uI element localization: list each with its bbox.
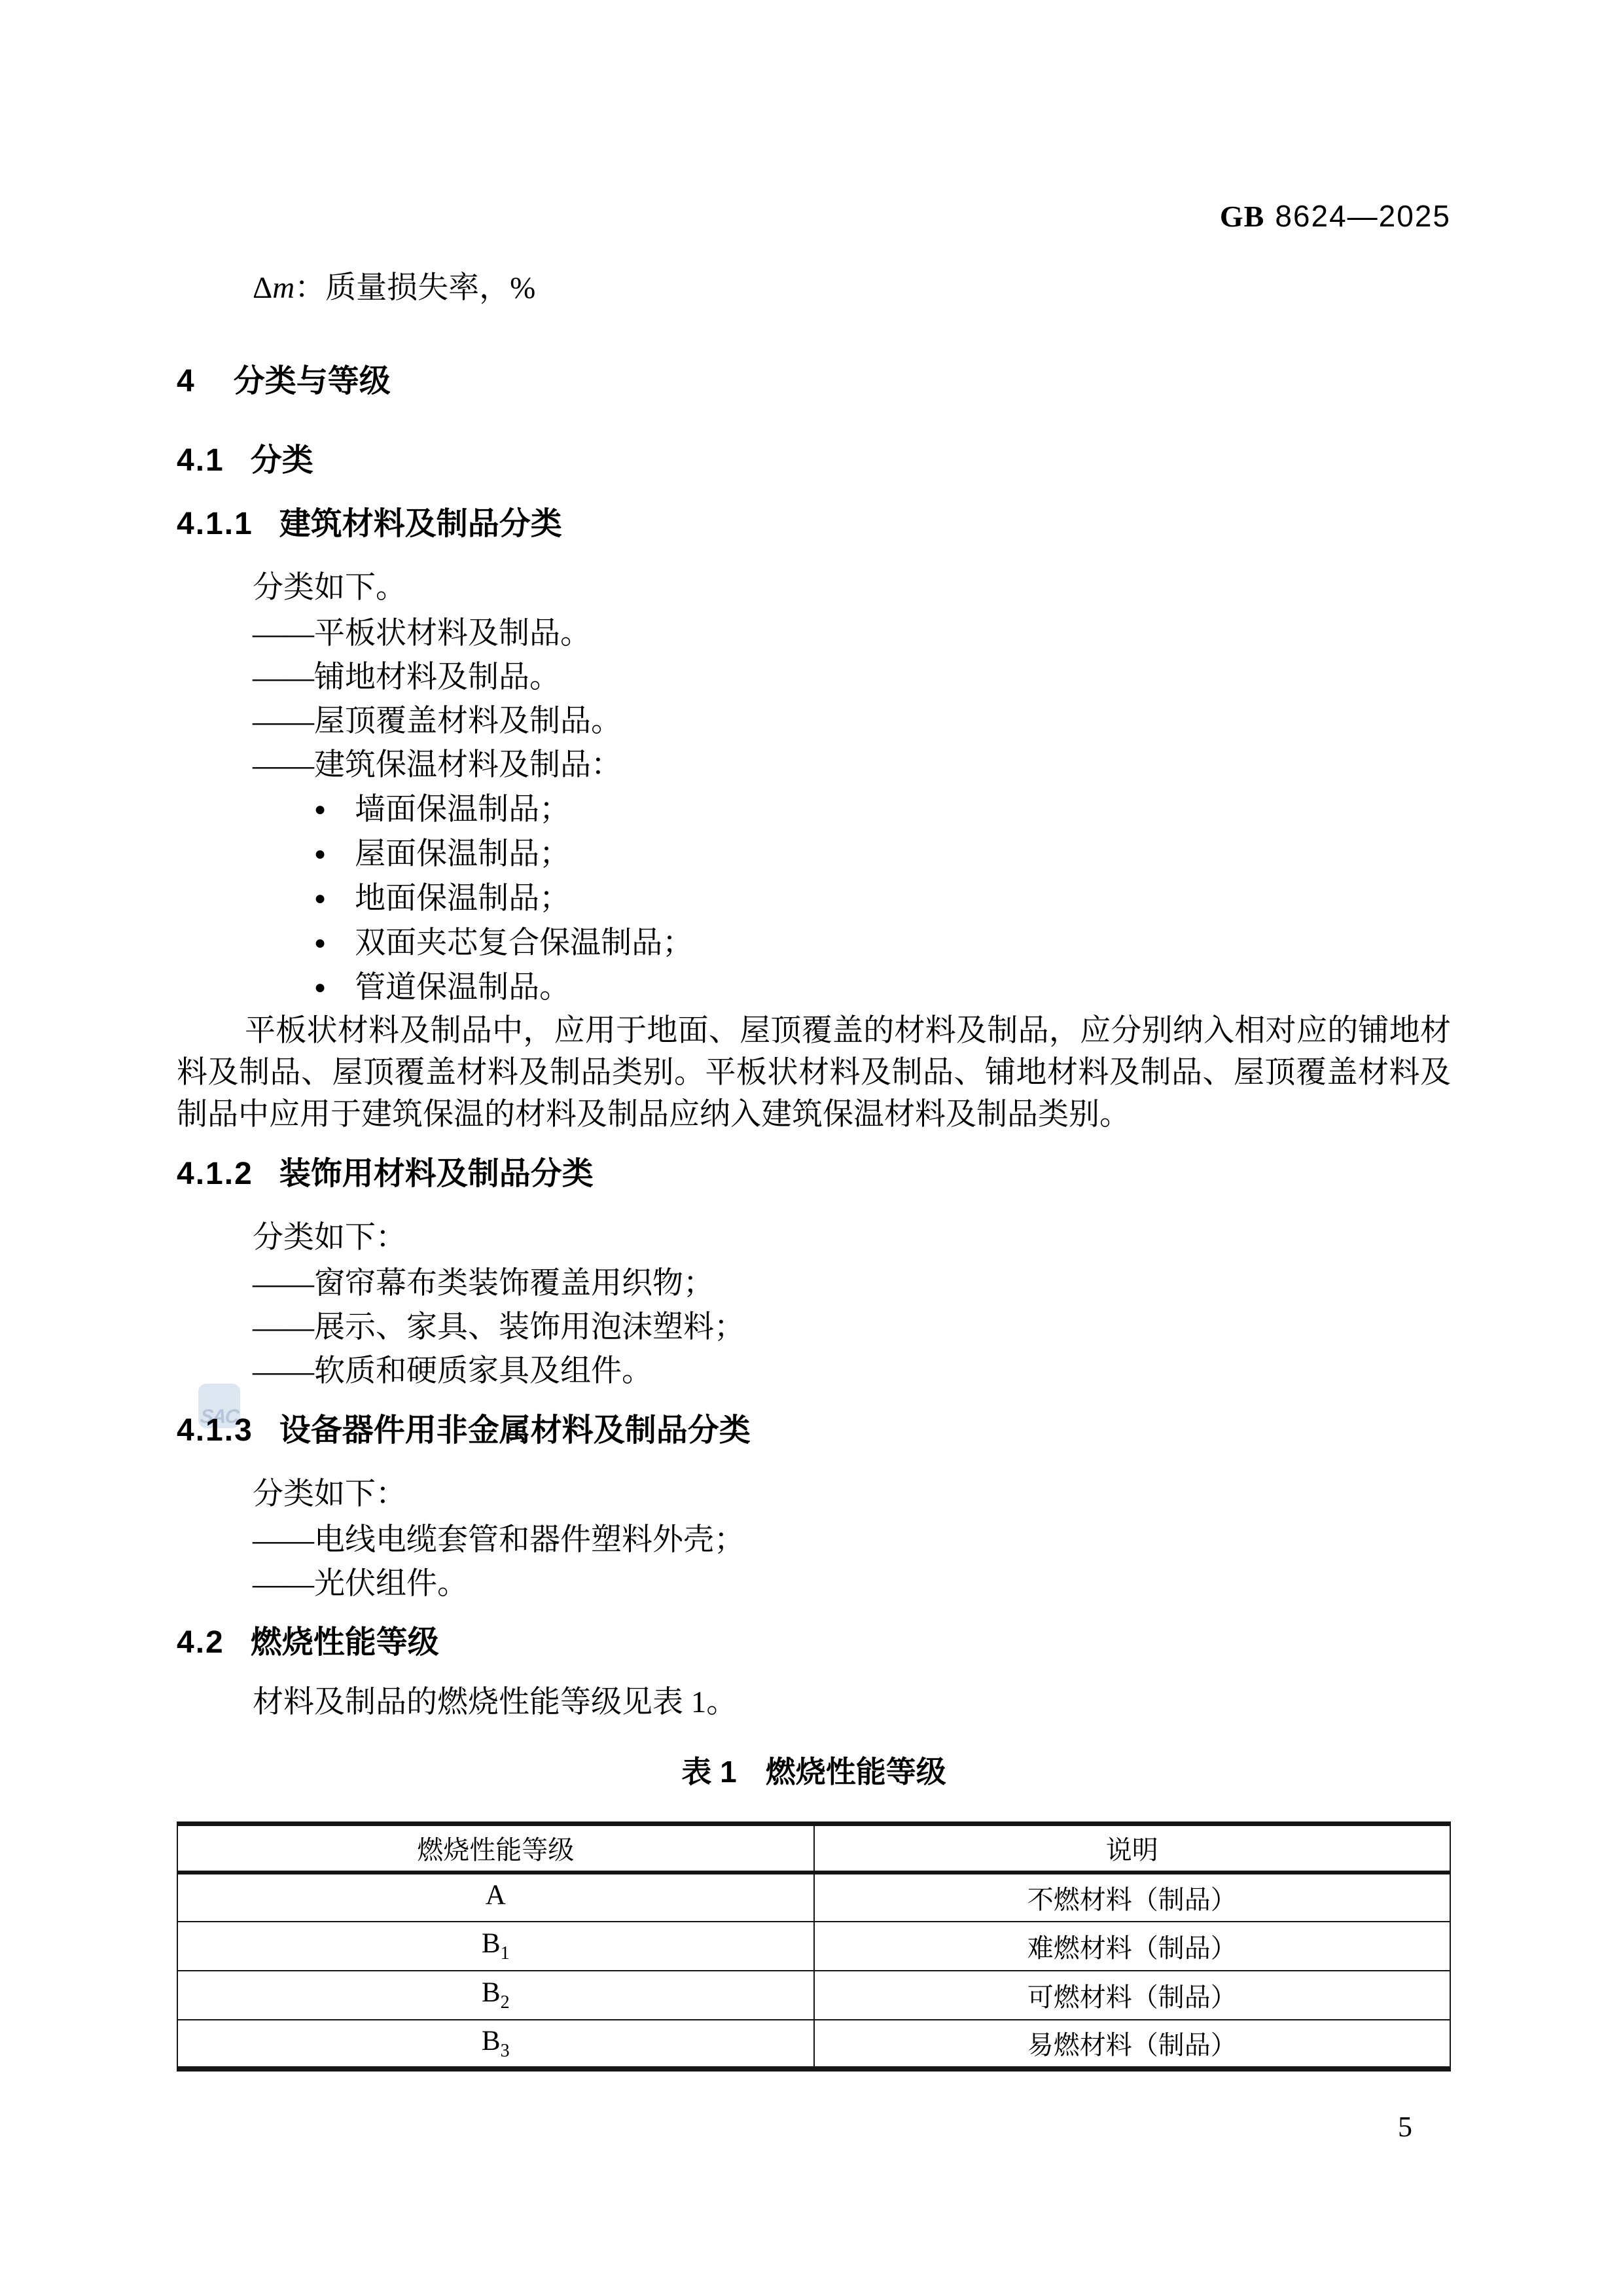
table-row: B3 易燃材料（制品） <box>177 2020 1450 2069</box>
desc-cell: 难燃材料（制品） <box>814 1922 1451 1971</box>
dash-item: ——铺地材料及制品。 <box>177 656 1451 700</box>
bullet-icon: ● <box>314 876 326 920</box>
section-title: 燃烧性能等级 <box>251 1625 439 1660</box>
bullet-item-text: 屋面保温制品； <box>355 837 570 871</box>
grade-subscript: 1 <box>501 1943 510 1964</box>
intro-line-4-1-3: 分类如下： <box>177 1478 1451 1511</box>
bullet-item: ●管道保温制品。 <box>177 965 1451 1010</box>
dash-list-4-1-3: ——电线电缆套管和器件塑料外壳； ——光伏组件。 <box>177 1518 1451 1606</box>
desc-cell: 易燃材料（制品） <box>814 2020 1451 2069</box>
mass-variable: m <box>272 271 294 305</box>
dash-item: ——平板状材料及制品。 <box>177 612 1451 656</box>
section-title: 装饰用材料及制品分类 <box>279 1157 594 1191</box>
dash-item: ——屋顶覆盖材料及制品。 <box>177 700 1451 744</box>
dash-list-4-1-2: ——窗帘幕布类装饰覆盖用织物； ——展示、家具、装饰用泡沫塑料； ——软质和硬质… <box>177 1262 1451 1393</box>
intro-line-4-1-2: 分类如下： <box>177 1221 1451 1254</box>
intro-line-4-1-1: 分类如下。 <box>177 571 1451 604</box>
section-heading-4-1-1: 4.1.1建筑材料及制品分类 <box>177 507 1451 541</box>
section-number: 4.2 <box>177 1625 224 1660</box>
table-header-row: 燃烧性能等级 说明 <box>177 1824 1450 1873</box>
section-heading-4-1-2: 4.1.2装饰用材料及制品分类 <box>177 1157 1451 1191</box>
grade-symbol: B <box>482 2026 501 2056</box>
table-header-grade: 燃烧性能等级 <box>177 1824 814 1873</box>
bullet-item-text: 双面夹芯复合保温制品； <box>355 926 693 960</box>
page-content: Δm：质量损失率，% 4分类与等级 4.1分类 4.1.1建筑材料及制品分类 分… <box>177 0 1451 2072</box>
grade-symbol: A <box>486 1880 506 1910</box>
section-number: 4 <box>177 364 196 399</box>
table-reference-line: 材料及制品的燃烧性能等级见表 1。 <box>177 1686 1451 1719</box>
bullet-item-text: 地面保温制品； <box>355 882 570 916</box>
section-heading-4-2: 4.2燃烧性能等级 <box>177 1626 1451 1660</box>
bullet-icon: ● <box>314 921 326 965</box>
dash-list-4-1-1: ——平板状材料及制品。 ——铺地材料及制品。 ——屋顶覆盖材料及制品。 ——建筑… <box>177 612 1451 787</box>
table-header-desc: 说明 <box>814 1824 1451 1873</box>
section-heading-4-1: 4.1分类 <box>177 444 1451 478</box>
bullet-item-text: 管道保温制品。 <box>355 971 570 1005</box>
table-caption: 表 1燃烧性能等级 <box>177 1755 1451 1789</box>
bullet-item: ●地面保温制品； <box>177 876 1451 921</box>
section-heading-4: 4分类与等级 <box>177 365 1451 399</box>
bullet-item-text: 墙面保温制品； <box>355 793 570 827</box>
grade-subscript: 2 <box>501 1992 510 2013</box>
desc-cell: 不燃材料（制品） <box>814 1873 1451 1922</box>
bullet-icon: ● <box>314 965 326 1009</box>
grade-symbol: B <box>482 1928 501 1959</box>
section-number: 4.1.1 <box>177 507 253 541</box>
section-title: 分类与等级 <box>234 364 391 399</box>
dash-item: ——光伏组件。 <box>177 1562 1451 1606</box>
table-row: B2 可燃材料（制品） <box>177 1971 1450 2020</box>
dash-item: ——窗帘幕布类装饰覆盖用织物； <box>177 1262 1451 1306</box>
table-body: A 不燃材料（制品） B1 难燃材料（制品） B2 可燃材料（制品） B3 易燃… <box>177 1873 1450 2069</box>
grade-cell: A <box>177 1873 814 1922</box>
section-number: 4.1.2 <box>177 1157 253 1191</box>
table-row: A 不燃材料（制品） <box>177 1873 1450 1922</box>
section-title: 设备器件用非金属材料及制品分类 <box>279 1413 751 1448</box>
page-number: 5 <box>1398 2111 1412 2143</box>
section-number: 4.1 <box>177 443 224 478</box>
table-caption-title: 燃烧性能等级 <box>766 1755 946 1789</box>
bullet-icon: ● <box>314 832 326 876</box>
section-title: 建筑材料及制品分类 <box>279 507 562 541</box>
section-title: 分类 <box>251 443 313 478</box>
grade-cell: B3 <box>177 2020 814 2069</box>
document-page: GB8624—2025 SAC Δm：质量损失率，% 4分类与等级 4.1分类 … <box>0 0 1623 2296</box>
delta-symbol: Δ <box>253 271 272 305</box>
dash-item: ——软质和硬质家具及组件。 <box>177 1350 1451 1393</box>
grade-symbol: B <box>482 1977 501 2008</box>
desc-cell: 可燃材料（制品） <box>814 1971 1451 2020</box>
grade-subscript: 3 <box>501 2041 510 2061</box>
dash-item: ——建筑保温材料及制品： <box>177 744 1451 787</box>
bullet-item: ●墙面保温制品； <box>177 787 1451 832</box>
grade-cell: B2 <box>177 1971 814 2020</box>
section-heading-4-1-3: 4.1.3设备器件用非金属材料及制品分类 <box>177 1414 1451 1448</box>
bullet-icon: ● <box>314 787 326 831</box>
dash-item: ——展示、家具、装饰用泡沫塑料； <box>177 1306 1451 1350</box>
bullet-item: ●屋面保温制品； <box>177 832 1451 876</box>
table-head: 燃烧性能等级 说明 <box>177 1824 1450 1873</box>
table-caption-label: 表 1 <box>681 1755 736 1789</box>
combustion-grade-table: 燃烧性能等级 说明 A 不燃材料（制品） B1 难燃材料（制品） B2 可燃材料… <box>177 1821 1451 2072</box>
symbol-definition-text: ：质量损失率，% <box>294 271 535 305</box>
section-number: 4.1.3 <box>177 1413 253 1448</box>
bullet-item: ●双面夹芯复合保温制品； <box>177 921 1451 965</box>
dash-item: ——电线电缆套管和器件塑料外壳； <box>177 1518 1451 1562</box>
classification-paragraph: 平板状材料及制品中，应用于地面、屋顶覆盖的材料及制品，应分别纳入相对应的铺地材料… <box>177 1010 1451 1136</box>
symbol-definition-line: Δm：质量损失率，% <box>177 272 1451 304</box>
grade-cell: B1 <box>177 1922 814 1971</box>
table-row: B1 难燃材料（制品） <box>177 1922 1450 1971</box>
bullet-list-4-1-1: ●墙面保温制品； ●屋面保温制品； ●地面保温制品； ●双面夹芯复合保温制品； … <box>177 787 1451 1010</box>
